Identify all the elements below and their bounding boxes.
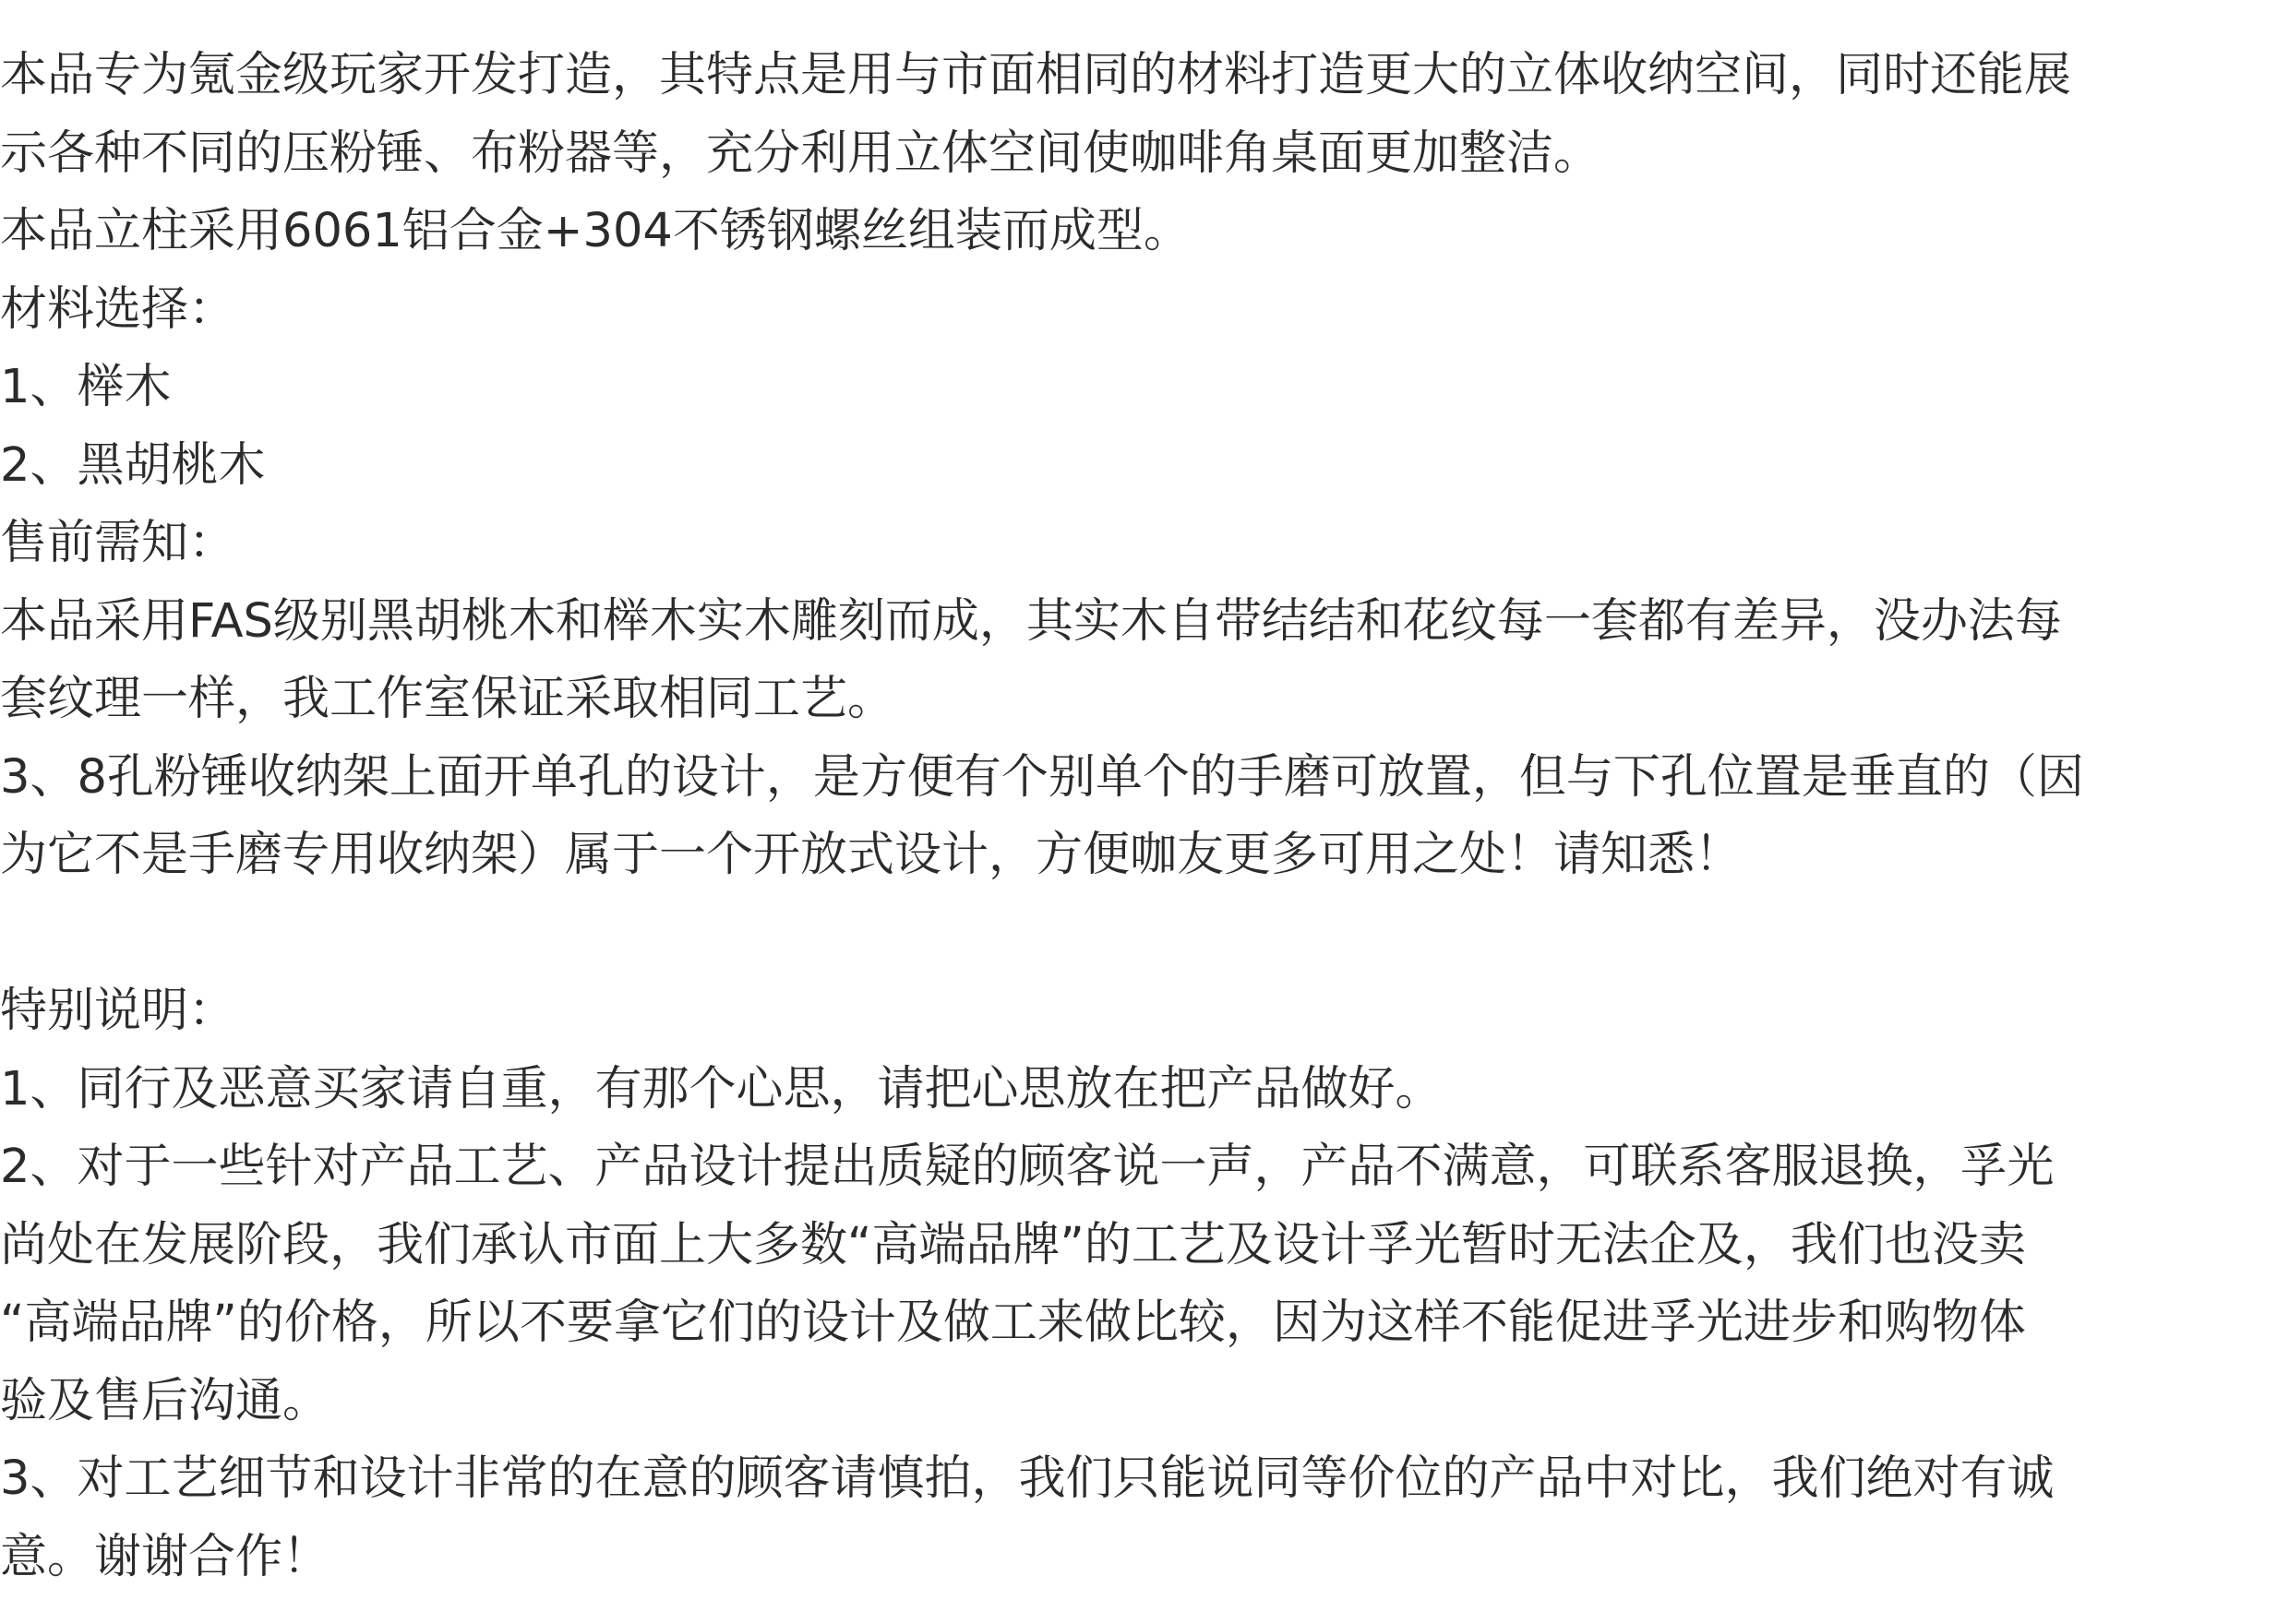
section-spacer bbox=[0, 895, 2289, 973]
presale-line: 3、8孔粉锤收纳架上面开单孔的设计，是方便有个别单个的手磨可放置，但与下孔位置是… bbox=[0, 739, 2289, 818]
material-item: 1、榉木 bbox=[0, 349, 2289, 427]
special-section: 特别说明： 1、同行及恶意买家请自重，有那个心思，请把心思放在把产品做好。 2、… bbox=[0, 973, 2289, 1596]
materials-section: 材料选择： 1、榉木 2、黑胡桃木 bbox=[0, 271, 2289, 506]
intro-line: 本品专为氪金级玩家开发打造，其特点是用与市面相同的材料打造更大的立体收纳空间，同… bbox=[0, 37, 2289, 115]
special-heading: 特别说明： bbox=[0, 973, 2289, 1051]
special-line: 3、对工艺细节和设计非常的在意的顾客请慎拍，我们只能说同等价位的产品中对比，我们… bbox=[0, 1440, 2289, 1519]
materials-heading: 材料选择： bbox=[0, 271, 2289, 350]
intro-line: 本品立柱采用6061铝合金+304不锈钢螺丝组装而成型。 bbox=[0, 193, 2289, 271]
presale-section: 售前需知： 本品采用FAS级别黑胡桃木和榉木实木雕刻而成，其实木自带结结和花纹每… bbox=[0, 505, 2289, 895]
special-line: 尚处在发展阶段，我们承认市面上大多数“高端品牌”的工艺及设计孚光暂时无法企及，我… bbox=[0, 1207, 2289, 1285]
presale-line: 本品采用FAS级别黑胡桃木和榉木实木雕刻而成，其实木自带结结和花纹每一套都有差异… bbox=[0, 583, 2289, 662]
product-description: 本品专为氪金级玩家开发打造，其特点是用与市面相同的材料打造更大的立体收纳空间，同… bbox=[0, 37, 2289, 1596]
special-line: 2、对于一些针对产品工艺、产品设计提出质疑的顾客说一声，产品不满意，可联系客服退… bbox=[0, 1128, 2289, 1207]
presale-heading: 售前需知： bbox=[0, 505, 2289, 583]
material-item: 2、黑胡桃木 bbox=[0, 427, 2289, 506]
special-line: 意。谢谢合作！ bbox=[0, 1519, 2289, 1597]
intro-line: 示各种不同的压粉锤、布粉器等，充分利用立体空间使咖啡角桌面更加整洁。 bbox=[0, 115, 2289, 194]
special-line: 1、同行及恶意买家请自重，有那个心思，请把心思放在把产品做好。 bbox=[0, 1051, 2289, 1129]
intro-section: 本品专为氪金级玩家开发打造，其特点是用与市面相同的材料打造更大的立体收纳空间，同… bbox=[0, 37, 2289, 271]
presale-line: 套纹理一样，我工作室保证采取相同工艺。 bbox=[0, 661, 2289, 739]
special-line: 验及售后沟通。 bbox=[0, 1363, 2289, 1441]
presale-line: 为它不是手磨专用收纳架）属于一个开放式设计，方便咖友更多可用之处！请知悉！ bbox=[0, 817, 2289, 895]
special-line: “高端品牌”的价格，所以不要拿它们的设计及做工来做比较，因为这样不能促进孚光进步… bbox=[0, 1284, 2289, 1363]
